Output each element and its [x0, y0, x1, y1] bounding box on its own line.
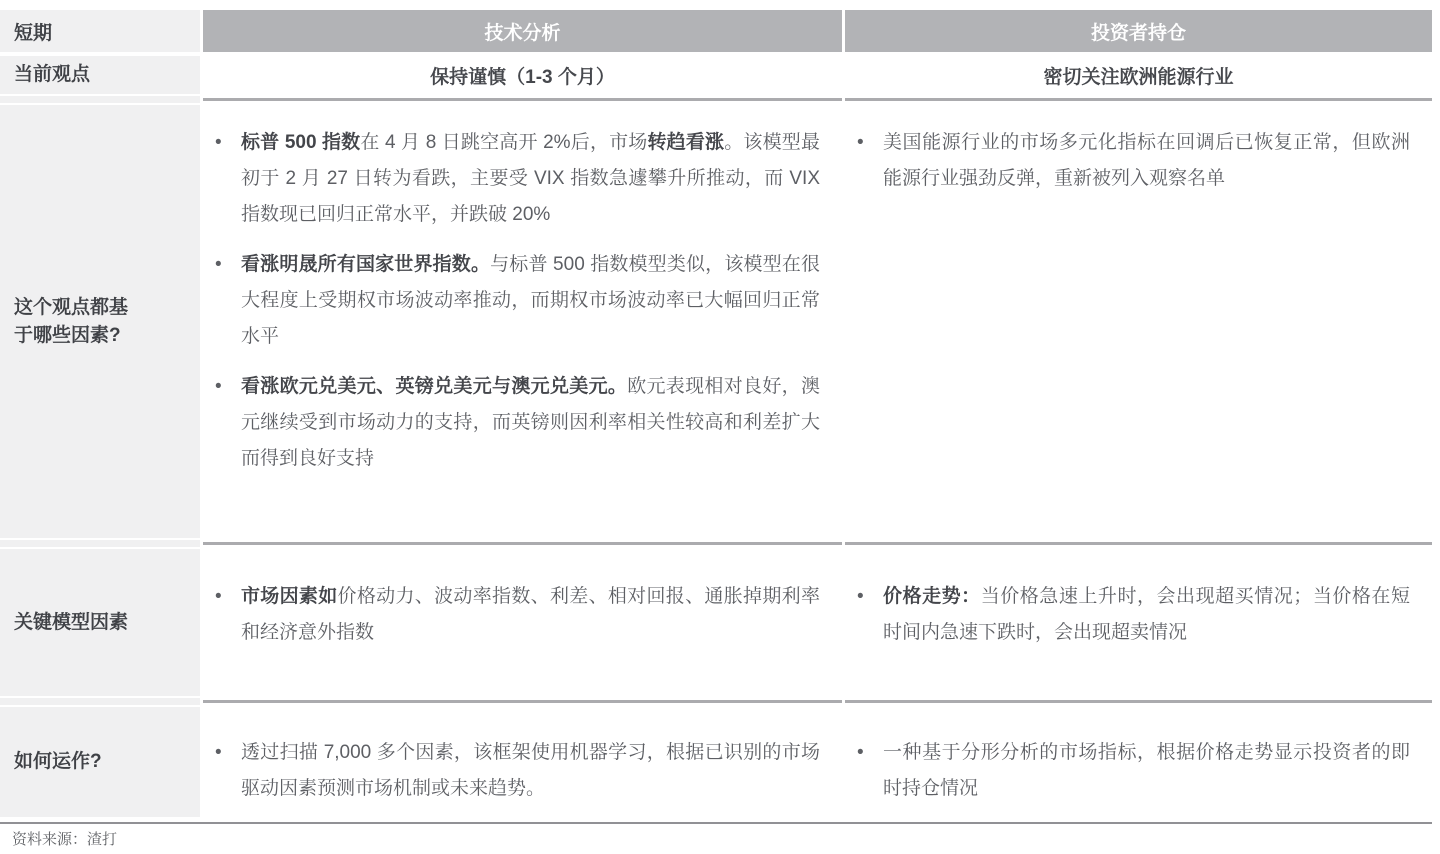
bullet-text: 价格走势：当价格急速上升时，会出现超买情况；当价格在短时间内急速下跌时，会出现超… [883, 579, 1410, 651]
bullet-text: 美国能源行业的市场多元化指标在回调后已恢复正常，但欧洲能源行业强劲反弹，重新被列… [883, 125, 1410, 197]
column-header-technical-analysis: 技术分析 [203, 10, 842, 52]
body-text: 在 4 月 8 日跳空高开 2%后，市场 [360, 132, 647, 153]
bullet-text: 看涨欧元兑美元、英镑兑美元与澳元兑美元。欧元表现相对良好，澳元继续受到市场动力的… [241, 369, 820, 477]
row-header-factors: 这个观点都基 于哪些因素? [0, 105, 200, 538]
bold-text: 看涨欧元兑美元、英镑兑美元与澳元兑美元。 [241, 376, 627, 397]
key-model-technical-cell: • 市场因素如价格动力、波动率指数、利差、相对回报、通胀掉期利率和经济意外指数 [203, 549, 842, 696]
divider-rule [845, 696, 1432, 707]
list-item: • 价格走势：当价格急速上升时，会出现超买情况；当价格在短时间内急速下跌时，会出… [857, 579, 1410, 651]
bullet-text: 透过扫描 7,000 多个因素，该框架使用机器学习，根据已识别的市场驱动因素预测… [241, 735, 820, 807]
row-divider [0, 696, 1432, 707]
bullet-icon: • [857, 125, 883, 197]
report-table-page: 短期 技术分析 投资者持仓 当前观点 保持谨慎（1-3 个月） 密切关注欧洲能源… [0, 0, 1440, 854]
bold-text: 价格走势： [883, 586, 981, 607]
corner-header-short-term: 短期 [0, 10, 200, 52]
divider-rule [845, 94, 1432, 105]
how-it-works-investor-cell: • 一种基于分形分析的市场指标，根据价格走势显示投资者的即时持仓情况 [845, 707, 1432, 817]
list-item: • 美国能源行业的市场多元化指标在回调后已恢复正常，但欧洲能源行业强劲反弹，重新… [857, 125, 1410, 197]
divider-rule [845, 538, 1432, 549]
factors-technical-cell: • 标普 500 指数在 4 月 8 日跳空高开 2%后，市场转趋看涨。该模型最… [203, 105, 842, 538]
bold-text: 转趋看涨 [648, 132, 725, 153]
row-divider [0, 538, 1432, 549]
list-item: • 市场因素如价格动力、波动率指数、利差、相对回报、通胀掉期利率和经济意外指数 [215, 579, 820, 651]
divider-label-strip [0, 538, 200, 549]
row-header-key-model-factors: 关键模型因素 [0, 549, 200, 696]
bold-text: 标普 500 指数 [241, 132, 360, 153]
key-model-investor-cell: • 价格走势：当价格急速上升时，会出现超买情况；当价格在短时间内急速下跌时，会出… [845, 549, 1432, 696]
list-item: • 一种基于分形分析的市场指标，根据价格走势显示投资者的即时持仓情况 [857, 735, 1410, 807]
divider-label-strip [0, 696, 200, 707]
divider-label-strip [0, 94, 200, 105]
table-bottom-rule [0, 822, 1432, 824]
bullet-icon: • [857, 735, 883, 807]
list-item: • 透过扫描 7,000 多个因素，该框架使用机器学习，根据已识别的市场驱动因素… [215, 735, 820, 807]
row-header-current-view: 当前观点 [0, 56, 200, 94]
list-item: • 标普 500 指数在 4 月 8 日跳空高开 2%后，市场转趋看涨。该模型最… [215, 125, 820, 233]
how-it-works-row: 如何运作? • 透过扫描 7,000 多个因素，该框架使用机器学习，根据已识别的… [0, 707, 1432, 817]
source-note: 资料来源：渣打 [12, 830, 1432, 850]
row-header-how-it-works: 如何运作? [0, 707, 200, 817]
divider-rule [203, 538, 842, 549]
bullet-icon: • [215, 247, 241, 355]
bullet-text: 标普 500 指数在 4 月 8 日跳空高开 2%后，市场转趋看涨。该模型最初于… [241, 125, 820, 233]
bullet-text: 市场因素如价格动力、波动率指数、利差、相对回报、通胀掉期利率和经济意外指数 [241, 579, 820, 651]
bullet-icon: • [857, 579, 883, 651]
bullet-text: 一种基于分形分析的市场指标，根据价格走势显示投资者的即时持仓情况 [883, 735, 1410, 807]
bullet-icon: • [215, 369, 241, 477]
table-header-row: 短期 技术分析 投资者持仓 [0, 10, 1432, 52]
list-item: • 看涨明晟所有国家世界指数。与标普 500 指数模型类似，该模型在很大程度上受… [215, 247, 820, 355]
list-item: • 看涨欧元兑美元、英镑兑美元与澳元兑美元。欧元表现相对良好，澳元继续受到市场动… [215, 369, 820, 477]
divider-rule [203, 696, 842, 707]
current-view-investor: 密切关注欧洲能源行业 [845, 56, 1432, 94]
current-view-technical: 保持谨慎（1-3 个月） [203, 56, 842, 94]
factors-investor-cell: • 美国能源行业的市场多元化指标在回调后已恢复正常，但欧洲能源行业强劲反弹，重新… [845, 105, 1432, 538]
key-model-factors-row: 关键模型因素 • 市场因素如价格动力、波动率指数、利差、相对回报、通胀掉期利率和… [0, 549, 1432, 696]
divider-rule [203, 94, 842, 105]
column-header-investor-positioning: 投资者持仓 [845, 10, 1432, 52]
bullet-text: 看涨明晟所有国家世界指数。与标普 500 指数模型类似，该模型在很大程度上受期权… [241, 247, 820, 355]
bold-text: 看涨明晟所有国家世界指数。 [241, 254, 490, 275]
how-it-works-technical-cell: • 透过扫描 7,000 多个因素，该框架使用机器学习，根据已识别的市场驱动因素… [203, 707, 842, 817]
row-divider [0, 94, 1432, 105]
bullet-icon: • [215, 735, 241, 807]
bullet-icon: • [215, 125, 241, 233]
current-view-row: 当前观点 保持谨慎（1-3 个月） 密切关注欧洲能源行业 [0, 56, 1432, 94]
bullet-icon: • [215, 579, 241, 651]
bold-text: 市场因素如 [241, 586, 338, 607]
short-term-view-table: 短期 技术分析 投资者持仓 当前观点 保持谨慎（1-3 个月） 密切关注欧洲能源… [0, 0, 1432, 850]
factors-row: 这个观点都基 于哪些因素? • 标普 500 指数在 4 月 8 日跳空高开 2… [0, 105, 1432, 538]
